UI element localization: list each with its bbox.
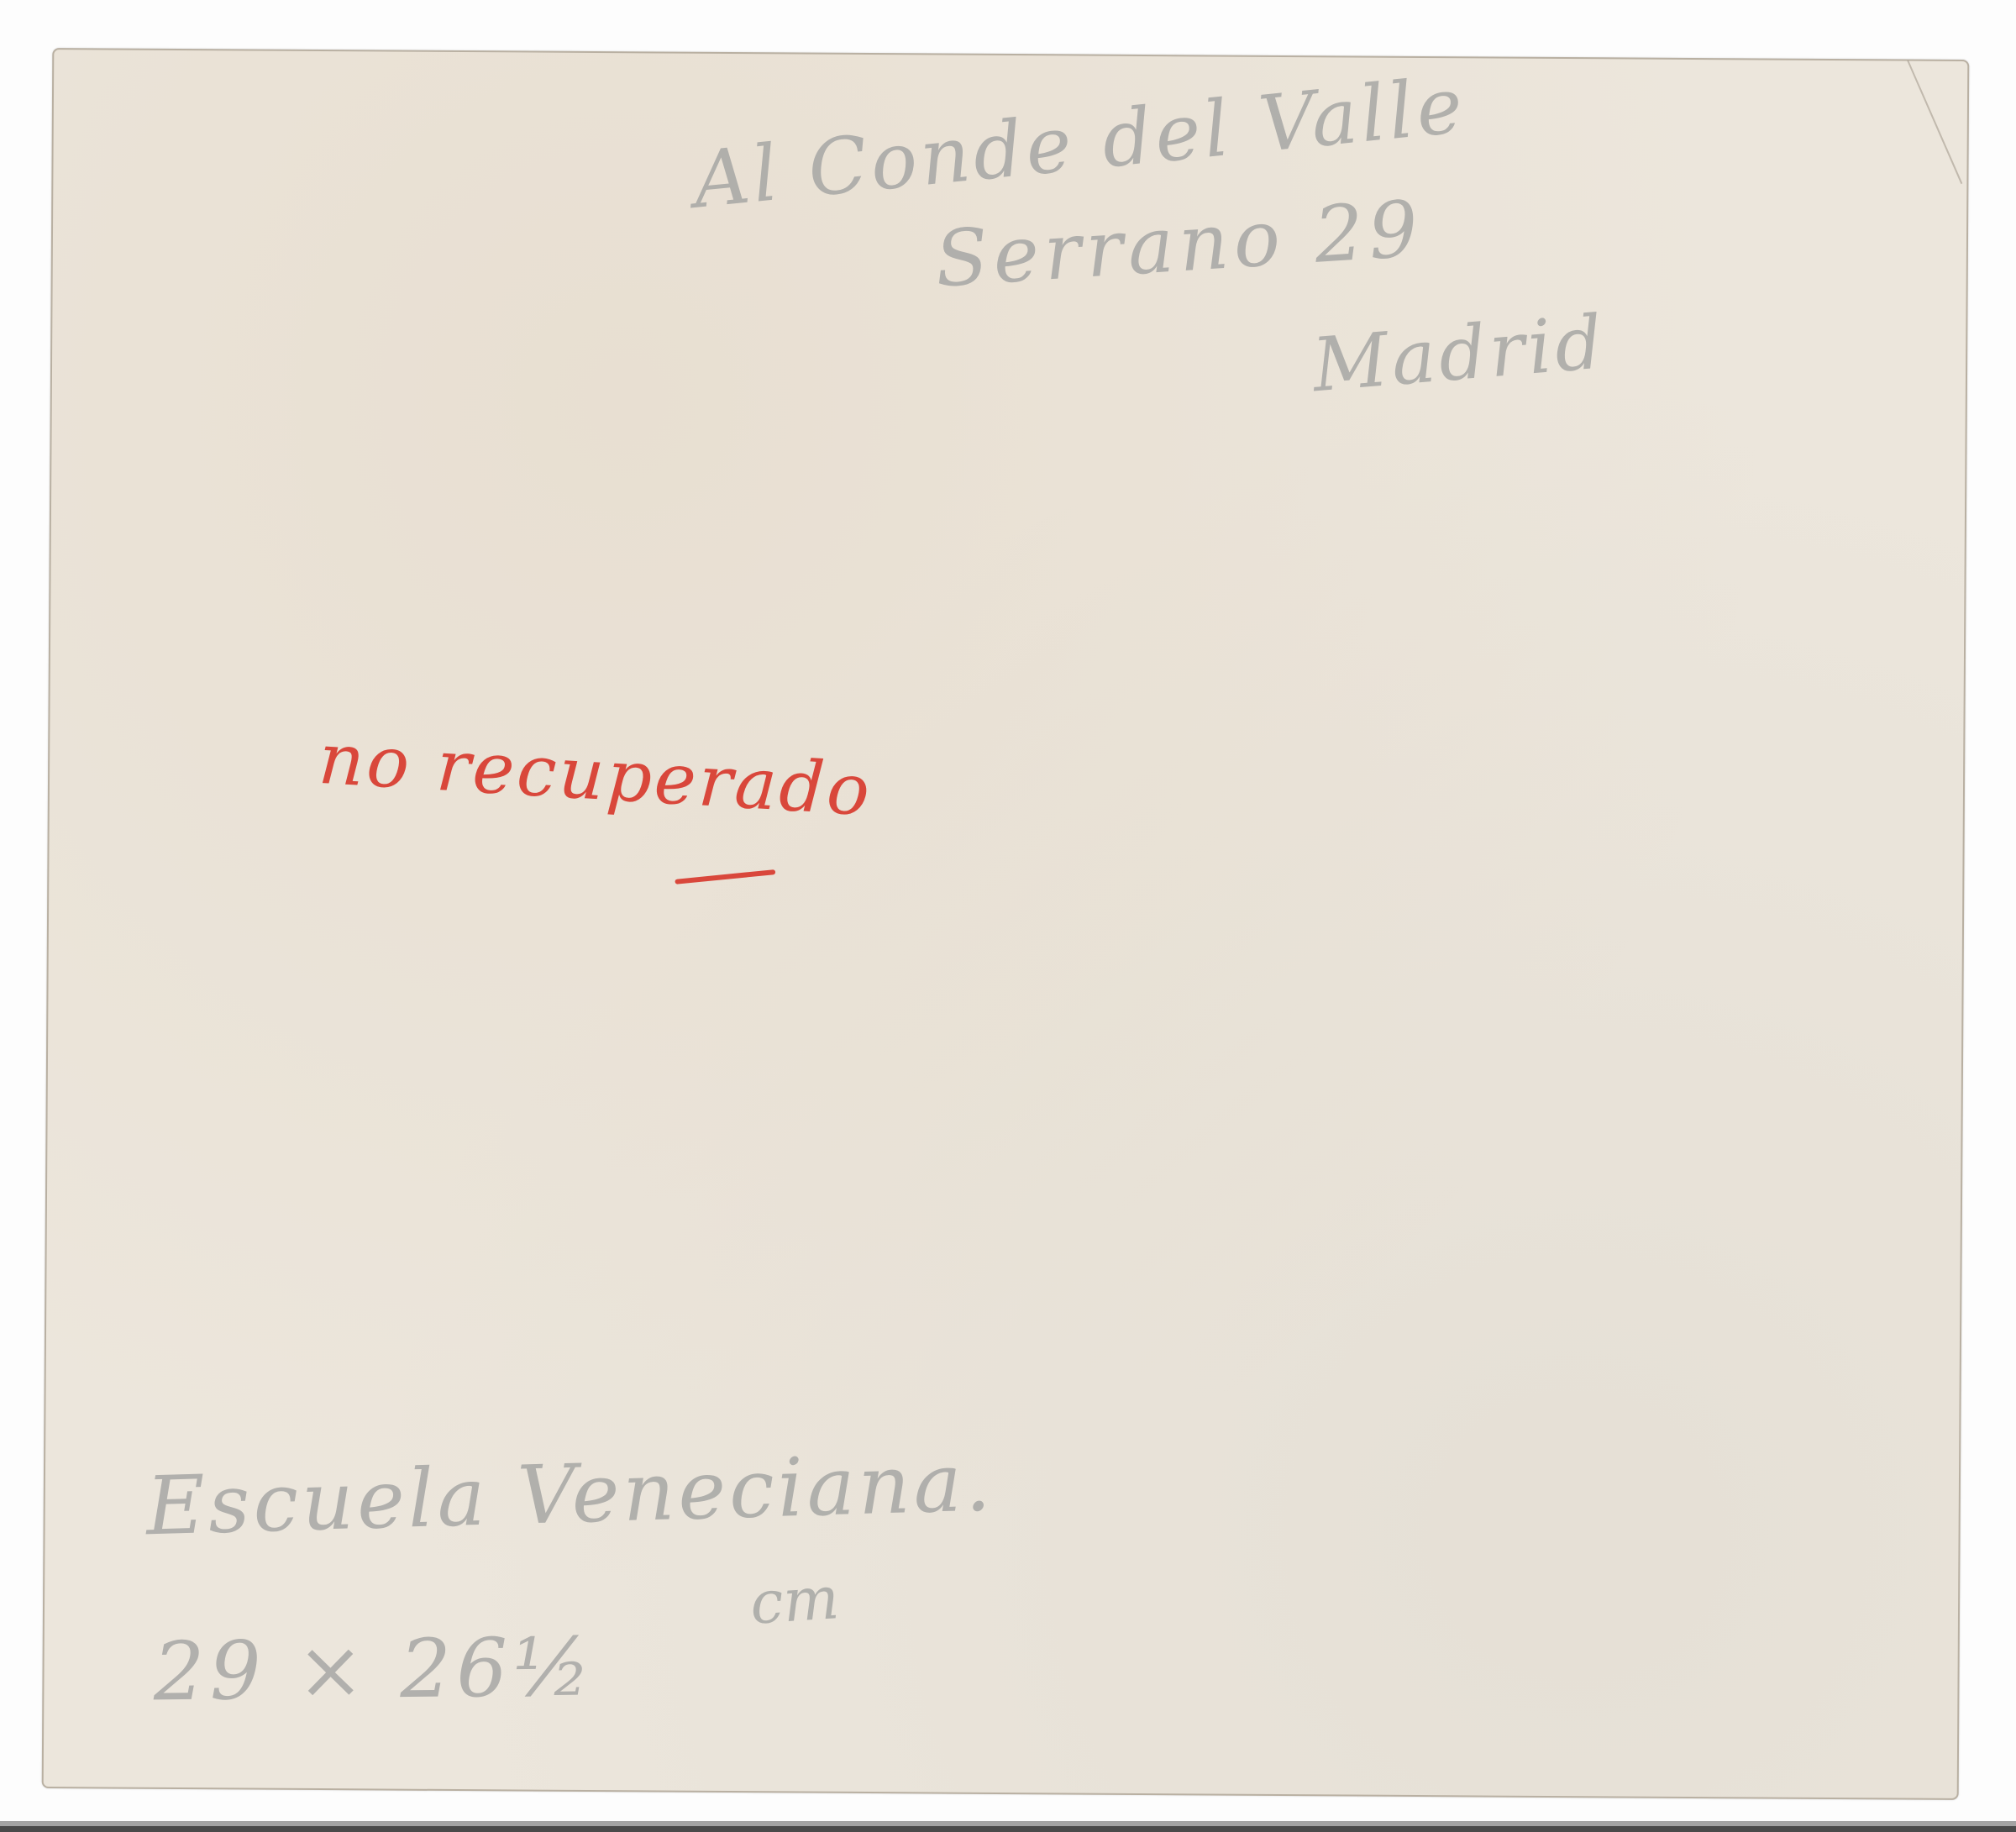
scan-background: Al Conde del Valle Serrano 29 Madrid no … — [0, 0, 2016, 1832]
dimensions: 29 × 26½ — [153, 1619, 596, 1719]
red-underline-mark — [675, 869, 775, 885]
scanner-edge-dark — [0, 1826, 2016, 1832]
corner-crease — [1907, 60, 1962, 184]
dimensions-unit: cm — [748, 1563, 842, 1638]
card-back: Al Conde del Valle Serrano 29 Madrid no … — [42, 48, 1970, 1800]
school-attribution: Escuela Veneciana. — [144, 1435, 995, 1553]
address-line-2: Serrano 29 — [932, 184, 1425, 305]
red-crayon-note: no recuperado — [317, 717, 874, 832]
address-line-3: Madrid — [1310, 298, 1609, 408]
